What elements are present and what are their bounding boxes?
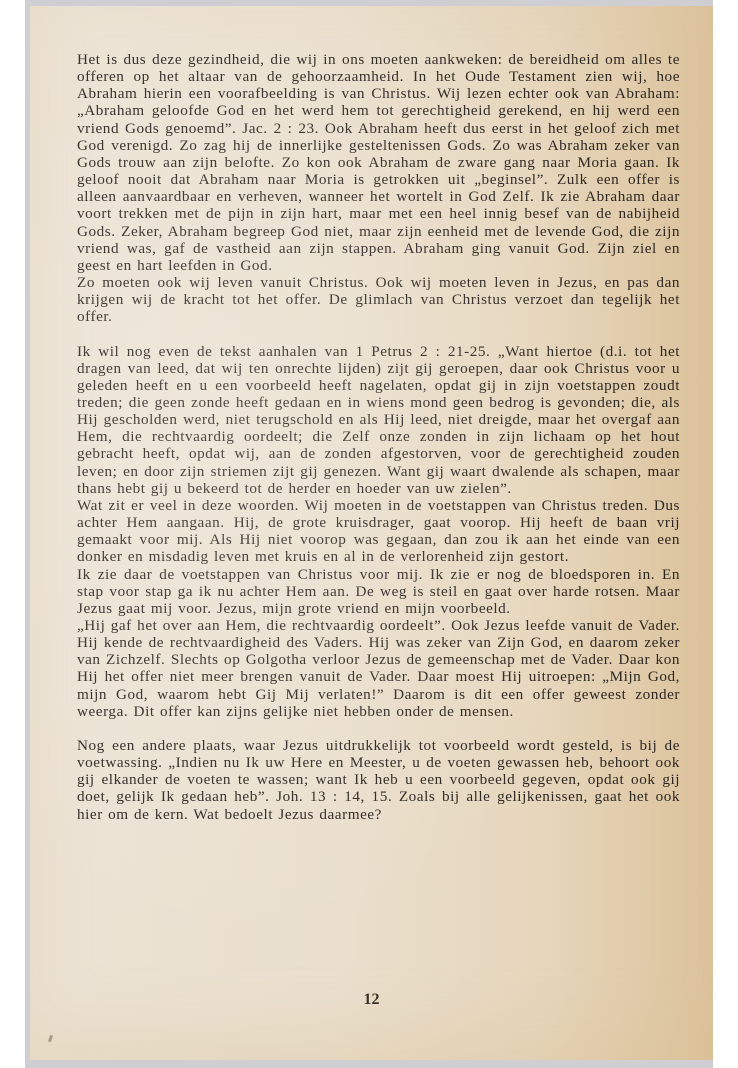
page-number: 12	[30, 991, 713, 1009]
paragraph-abraham: Het is dus deze gezindheid, die wij in o…	[77, 51, 680, 274]
paragraph-bloedsporen: Ik zie daar de voetstappen van Christus …	[77, 566, 680, 617]
scanned-page-frame: Het is dus deze gezindheid, die wij in o…	[25, 0, 713, 1068]
book-page: Het is dus deze gezindheid, die wij in o…	[30, 6, 713, 1060]
paragraph-voetstappen: Wat zit er veel in deze woorden. Wij moe…	[77, 497, 680, 566]
paragraph-voetwassing: Nog een andere plaats, waar Jezus uitdru…	[77, 737, 680, 823]
paragraph-leven-vanuit-christus: Zo moeten ook wij leven vanuit Christus.…	[77, 274, 680, 325]
paragraph-petrus-quote: Ik wil nog even de tekst aanhalen van 1 …	[77, 343, 680, 497]
body-text: Het is dus deze gezindheid, die wij in o…	[77, 51, 680, 823]
paragraph-rechtvaardig-oordeelt: „Hij gaf het over aan Hem, die rechtvaar…	[77, 617, 680, 720]
